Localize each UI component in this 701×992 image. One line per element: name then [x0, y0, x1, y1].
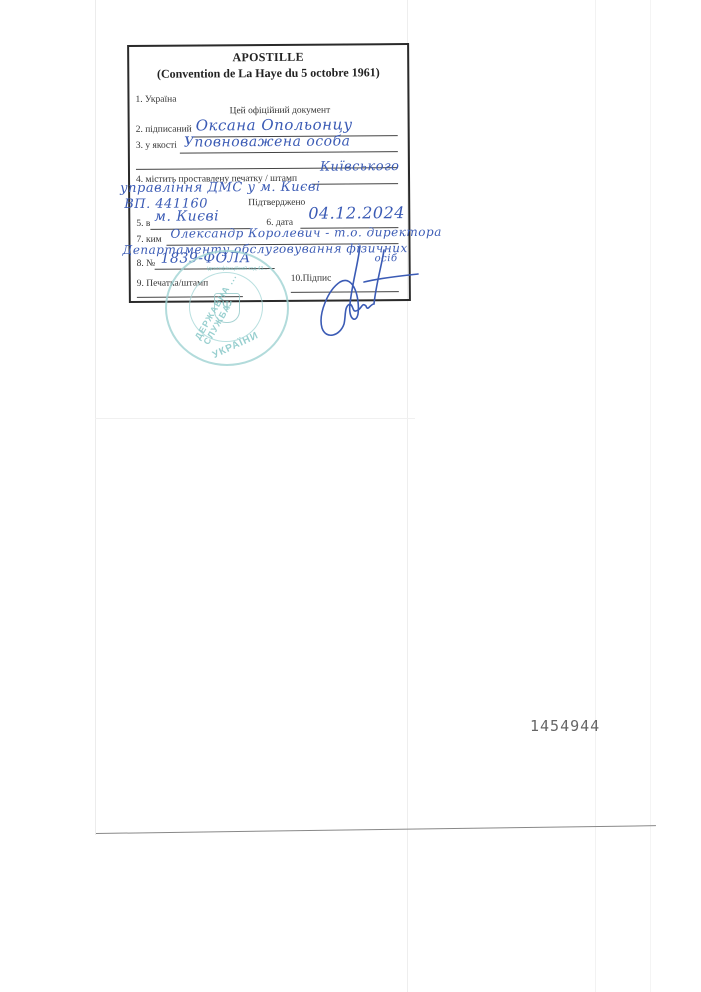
field-5-label: 5. в — [136, 219, 150, 229]
official-document-heading: Цей офіційний документ — [230, 106, 331, 117]
field-2-signed-by: Оксана Опольонцу — [196, 115, 353, 134]
confirmed-heading: Підтверджено — [248, 198, 305, 208]
apostille-title: APOSTILLE — [129, 49, 407, 66]
scan-edge-line — [650, 0, 651, 992]
field-6-date: 04.12.2024 — [308, 203, 405, 223]
field-8-label: 8. № — [137, 259, 156, 269]
field-5-place: м. Києві — [154, 208, 219, 224]
field-4-seal-line1: Київського — [320, 159, 400, 175]
signature-icon — [300, 244, 420, 344]
apostille-subtitle: (Convention de La Haye du 5 octobre 1961… — [129, 65, 407, 82]
serial-number: 1454944 — [530, 717, 600, 735]
page-bottom-edge — [96, 825, 656, 834]
field-3-capacity: Уповноважена особа — [184, 133, 351, 150]
scan-edge-line — [595, 0, 596, 992]
stamp-text-inner: ідентифікаційний код 43... — [207, 266, 267, 272]
field-3-rule — [180, 151, 398, 154]
field-2-label: 2. підписаний — [136, 125, 192, 135]
field-3-label: 3. у якості — [136, 141, 177, 151]
field-4-seal-line2: управління ДМС у м. Києві — [120, 180, 321, 196]
field-4-rule — [312, 183, 398, 185]
scan-edge-line — [95, 418, 415, 419]
field-7-by-line1: Олександр Королевич - т.о. директора — [170, 225, 442, 241]
field-1-country: 1. Україна — [135, 95, 176, 105]
official-stamp: Ψ ДЕРЖАВНА ... СЛУЖБА УКРАЇНИ ідентифіка… — [165, 250, 289, 366]
